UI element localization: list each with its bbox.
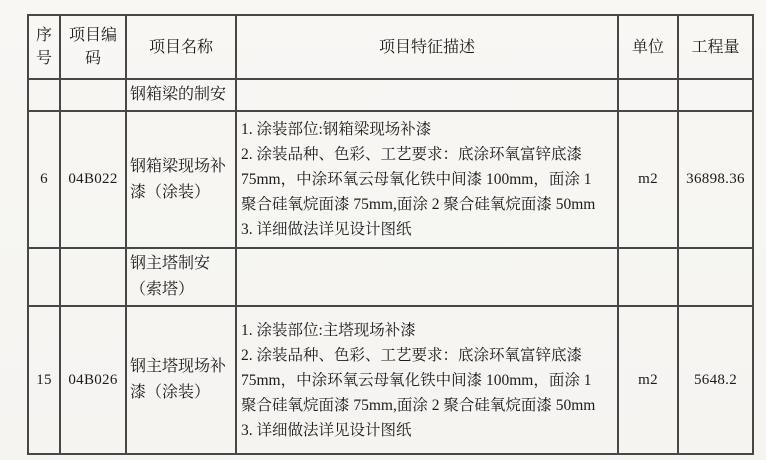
desc-line: 1. 涂装部位:主塔现场补漆 <box>241 318 615 343</box>
empty-serial-cell <box>28 79 60 111</box>
item-row-15: 15 04B026 钢主塔现场补漆（涂装） 1. 涂装部位:主塔现场补漆 2. … <box>28 306 753 454</box>
header-cell-code: 项目编码 <box>60 15 126 79</box>
description-cell: 1. 涂装部位:钢箱梁现场补漆 2. 涂装品种、色彩、工艺要求：底涂环氧富锌底漆… <box>236 111 618 248</box>
quantity-cell: 5648.2 <box>678 306 753 454</box>
header-cell-quantity: 工程量 <box>678 15 753 79</box>
section-name-cell: 钢主塔制安 （索塔） <box>126 248 236 306</box>
desc-line: 3. 详细做法详见设计图纸 <box>241 217 615 242</box>
section-name-cell: 钢箱梁的制安 <box>126 79 236 111</box>
table-header-row: 序号 项目编码 项目名称 项目特征描述 单位 工程量 <box>28 15 753 79</box>
unit-cell: m2 <box>618 111 678 248</box>
header-cell-name: 项目名称 <box>126 15 236 79</box>
section-row-steel-box-girder: 钢箱梁的制安 <box>28 79 753 111</box>
desc-line: 聚合硅氧烷面漆 75mm,面涂 2 聚合硅氧烷面漆 50mm <box>241 393 615 418</box>
desc-line: 聚合硅氧烷面漆 75mm,面涂 2 聚合硅氧烷面漆 50mm <box>241 192 615 217</box>
empty-code-cell <box>60 248 126 306</box>
header-cell-serial: 序号 <box>28 15 60 79</box>
serial-cell: 15 <box>28 306 60 454</box>
description-cell: 1. 涂装部位:主塔现场补漆 2. 涂装品种、色彩、工艺要求：底涂环氧富锌底漆 … <box>236 306 618 454</box>
name-cell: 钢箱梁现场补漆（涂装） <box>126 111 236 248</box>
empty-code-cell <box>60 79 126 111</box>
section-row-steel-main-tower: 钢主塔制安 （索塔） <box>28 248 753 306</box>
code-cell: 04B022 <box>60 111 126 248</box>
name-cell: 钢主塔现场补漆（涂装） <box>126 306 236 454</box>
desc-line: 3. 详细做法详见设计图纸 <box>241 418 615 443</box>
scanned-document-page: 序号 项目编码 项目名称 项目特征描述 单位 工程量 钢箱梁的制安 6 04B0… <box>0 0 766 460</box>
serial-cell: 6 <box>28 111 60 248</box>
desc-line: 75mm，中涂环氧云母氧化铁中间漆 100mm，面涂 1 <box>241 368 615 393</box>
desc-line: 75mm，中涂环氧云母氧化铁中间漆 100mm，面涂 1 <box>241 167 615 192</box>
item-row-6: 6 04B022 钢箱梁现场补漆（涂装） 1. 涂装部位:钢箱梁现场补漆 2. … <box>28 111 753 248</box>
quantity-cell: 36898.36 <box>678 111 753 248</box>
empty-quantity-cell <box>678 79 753 111</box>
empty-unit-cell <box>618 79 678 111</box>
desc-line: 2. 涂装品种、色彩、工艺要求：底涂环氧富锌底漆 <box>241 142 615 167</box>
empty-desc-cell <box>236 248 618 306</box>
empty-unit-cell <box>618 248 678 306</box>
empty-desc-cell <box>236 79 618 111</box>
unit-cell: m2 <box>618 306 678 454</box>
header-cell-description: 项目特征描述 <box>236 15 618 79</box>
desc-line: 2. 涂装品种、色彩、工艺要求：底涂环氧富锌底漆 <box>241 343 615 368</box>
boq-table: 序号 项目编码 项目名称 项目特征描述 单位 工程量 钢箱梁的制安 6 04B0… <box>27 14 754 455</box>
code-cell: 04B026 <box>60 306 126 454</box>
desc-line: 1. 涂装部位:钢箱梁现场补漆 <box>241 117 615 142</box>
empty-serial-cell <box>28 248 60 306</box>
header-cell-unit: 单位 <box>618 15 678 79</box>
empty-quantity-cell <box>678 248 753 306</box>
